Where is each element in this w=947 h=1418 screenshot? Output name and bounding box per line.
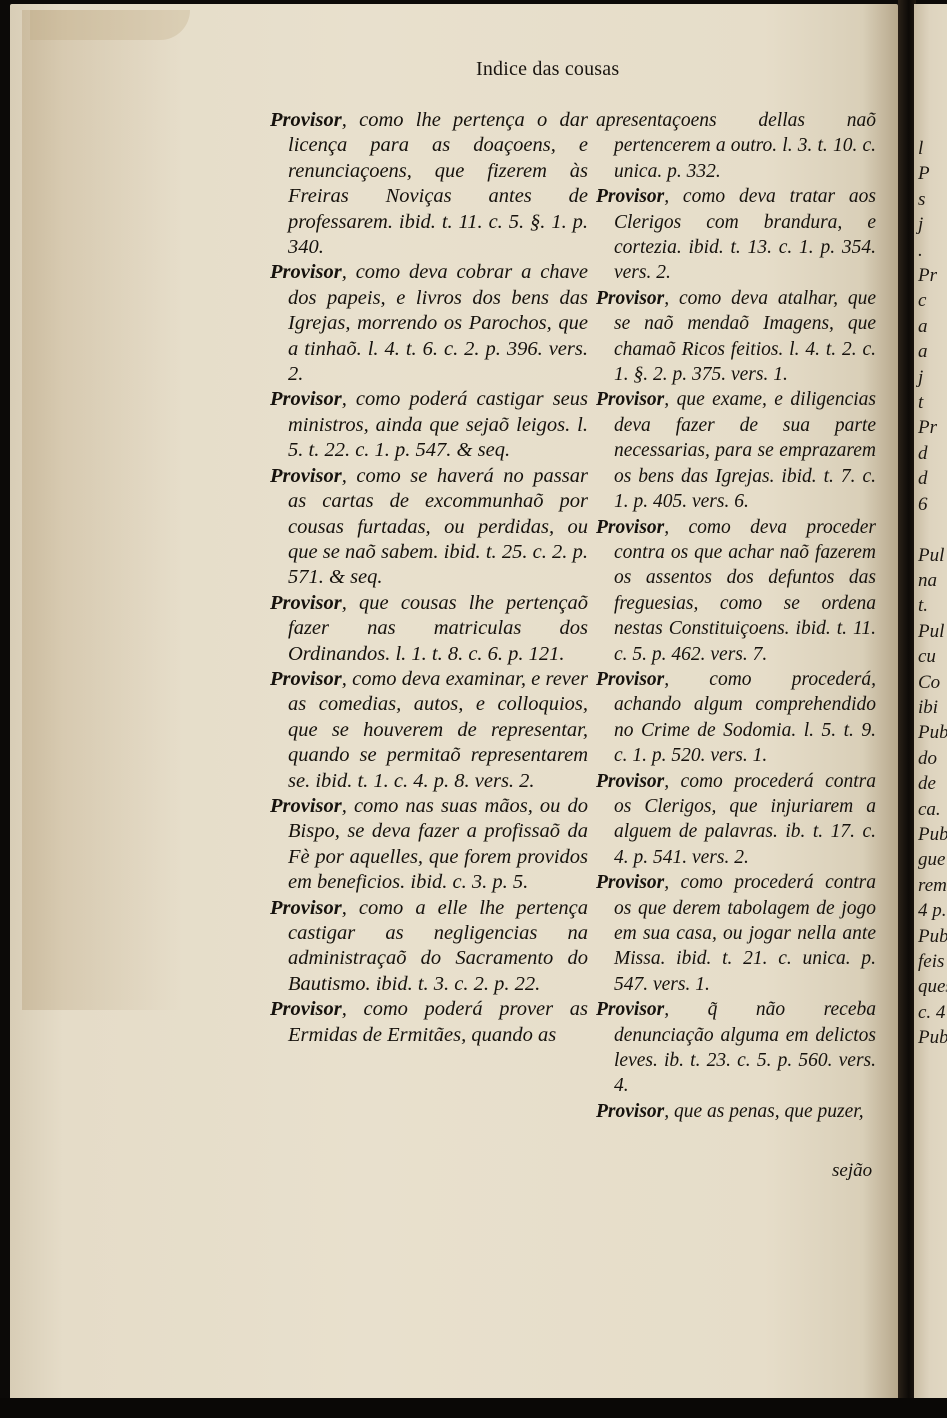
index-entry: Provisor, como deva examinar, e rever as… — [270, 667, 588, 794]
index-entry: Provisor, como se haverá no passar as ca… — [270, 464, 588, 591]
index-entry: Provisor, como lhe pertença o dar licenç… — [270, 108, 588, 260]
index-entry: Provisor, como procederá contra os que d… — [596, 870, 876, 997]
index-entry: Provisor, que cousas lhe pertençaõ fazer… — [270, 591, 588, 667]
index-entry: Provisor, que exame, e diligencias deva … — [596, 387, 876, 514]
index-entry: Provisor, como procederá contra os Cleri… — [596, 769, 876, 871]
left-column: Provisor, como lhe pertença o dar licenç… — [270, 108, 588, 1048]
catchword: sejão — [832, 1160, 872, 1182]
index-entry: Provisor, como deva proceder contra os q… — [596, 515, 876, 667]
right-column: apresentaçoens dellas naõ pertencerem a … — [596, 108, 876, 1124]
index-entry: Provisor, como procederá, achando algum … — [596, 667, 876, 769]
index-entry-continued: apresentaçoens dellas naõ pertencerem a … — [596, 108, 876, 184]
index-entry: Provisor, como deva atalhar, que se naõ … — [596, 286, 876, 388]
scan-background — [0, 1398, 947, 1418]
running-header: Indice das cousas — [476, 58, 619, 81]
facing-page-edge: l P s j . Pr c a a j t Pr d d 6 Pul na t… — [914, 4, 947, 1399]
index-entry: Provisor, que as penas, que puzer, — [596, 1099, 876, 1124]
facing-page-text: l P s j . Pr c a a j t Pr d d 6 Pul na t… — [918, 136, 947, 1051]
index-entry: Provisor, como deva cobrar a chave dos p… — [270, 260, 588, 387]
index-entry: Provisor, como poderá castigar seus mini… — [270, 387, 588, 463]
index-entry: Provisor, como nas suas mãos, ou do Bisp… — [270, 794, 588, 896]
water-stain-top — [30, 10, 190, 40]
water-stain — [22, 10, 182, 1010]
index-entry: Provisor, como poderá prover as Ermidas … — [270, 997, 588, 1048]
index-entry: Provisor, como deva tratar aos Clerigos … — [596, 184, 876, 286]
index-entry: Provisor, q̃ não receba denunciação algu… — [596, 997, 876, 1099]
index-entry: Provisor, como a elle lhe pertença casti… — [270, 896, 588, 998]
